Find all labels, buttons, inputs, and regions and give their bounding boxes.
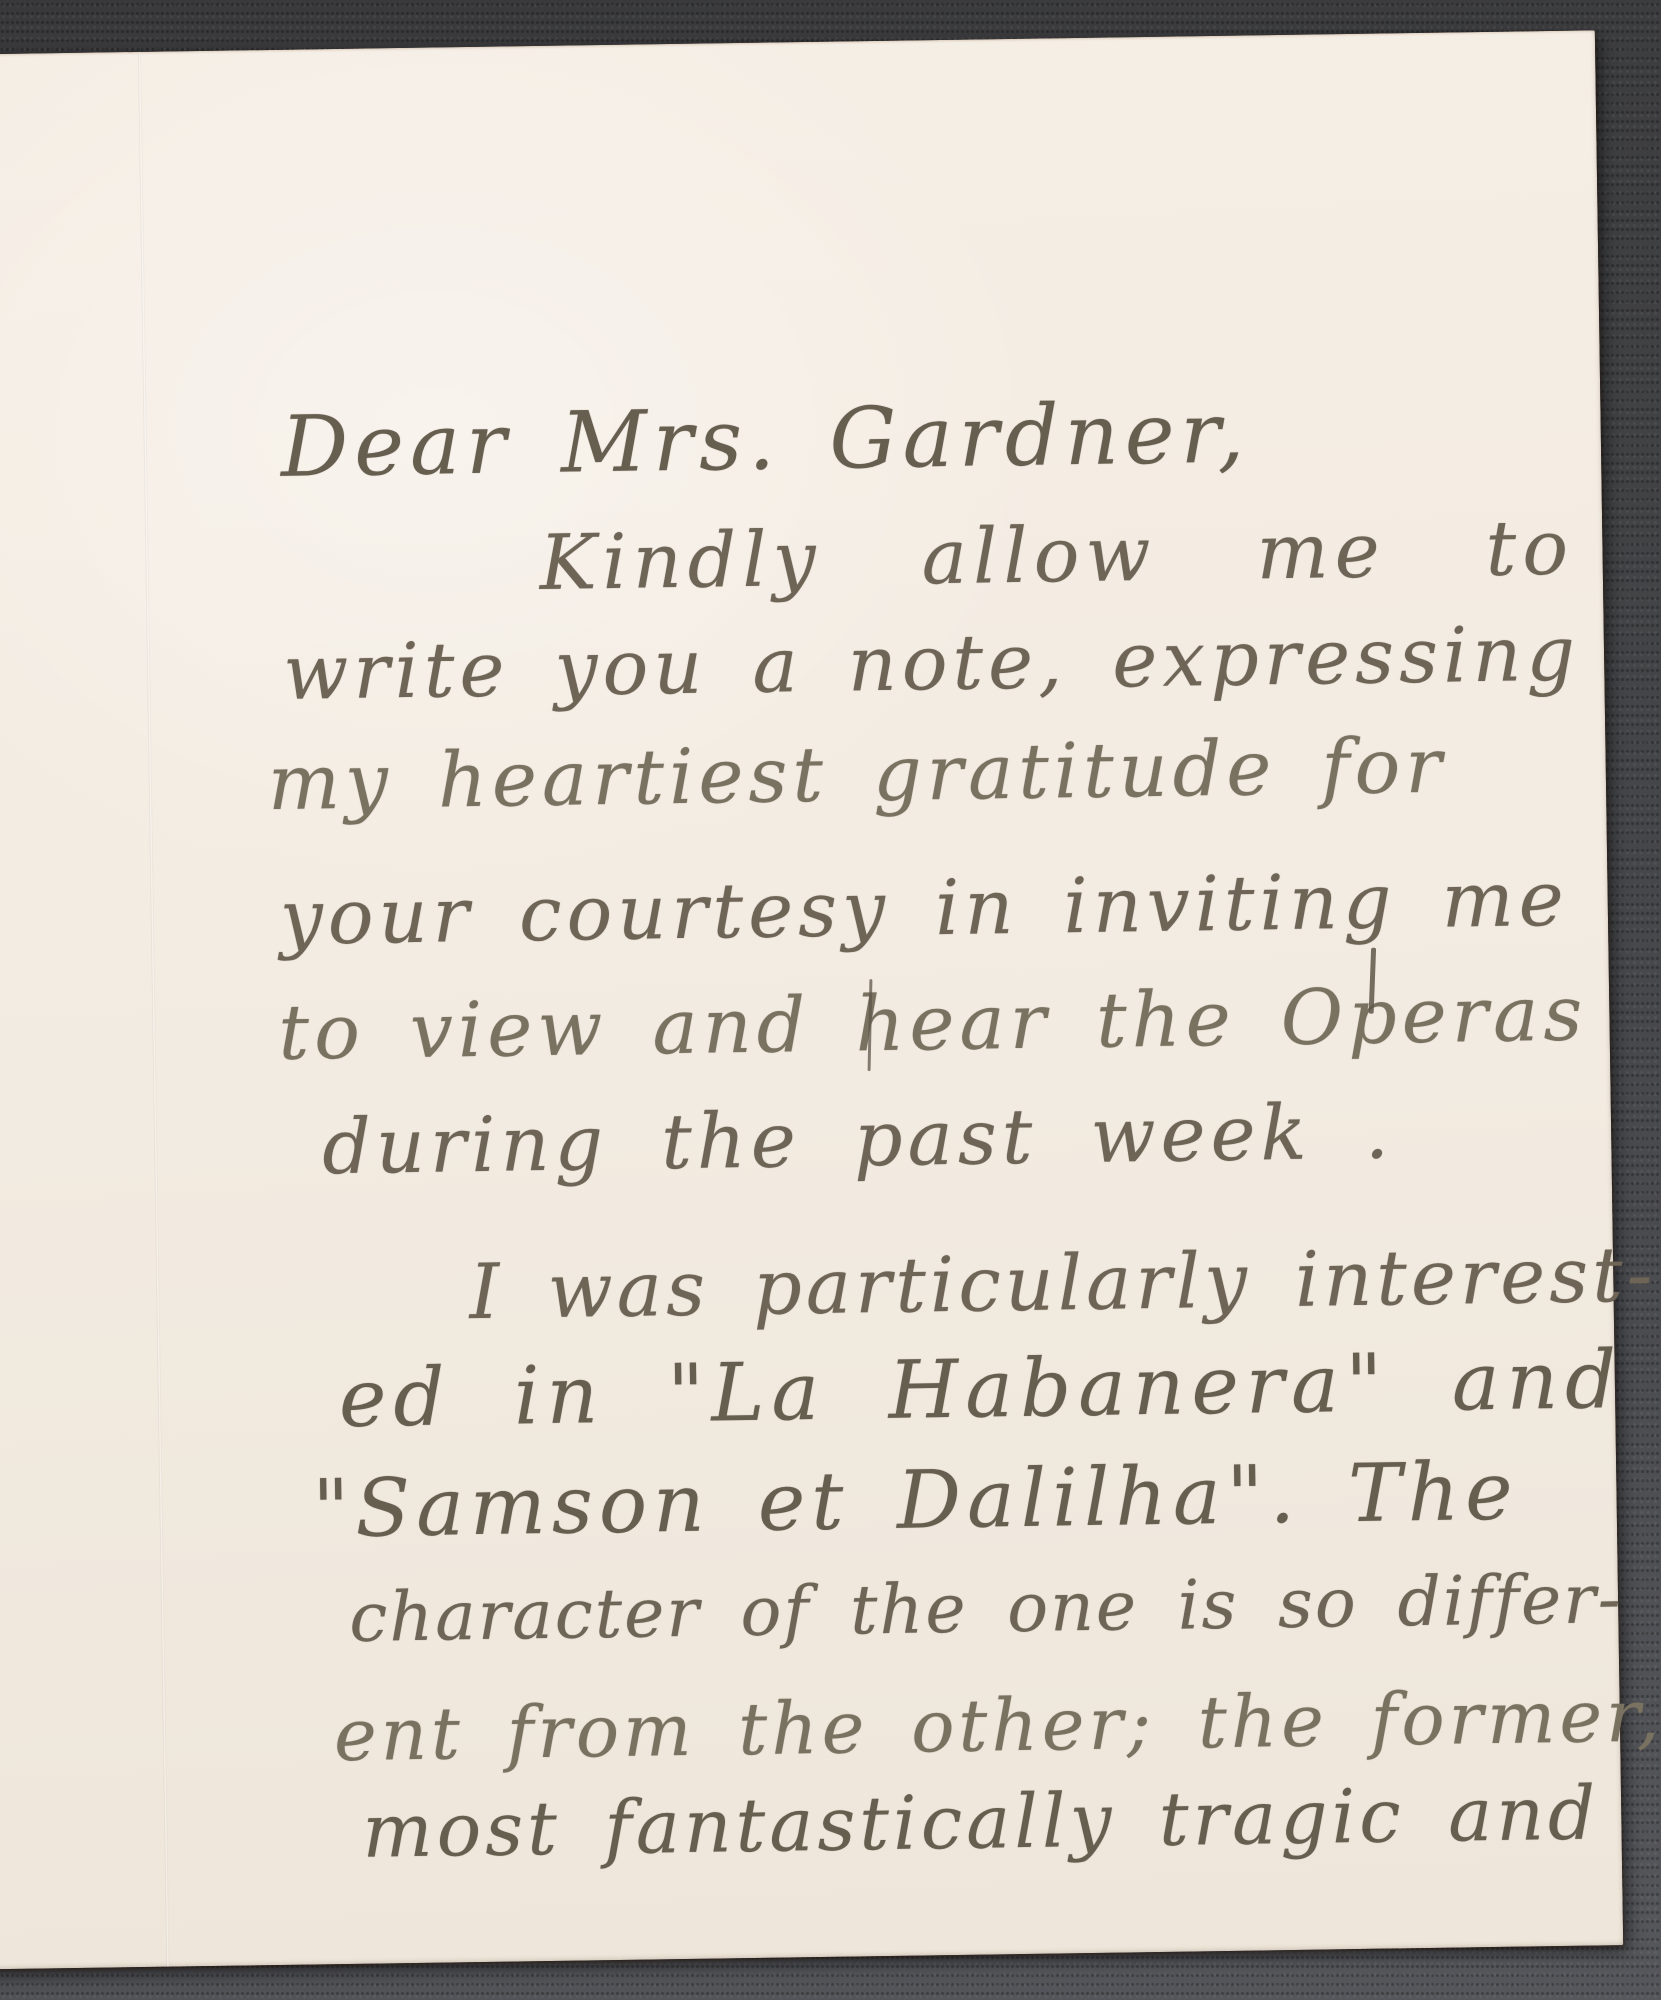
- handwritten-line-8: I was particularly interest-: [469, 1237, 1657, 1331]
- handwritten-line-9: ed in "La Habanera" and: [338, 1340, 1623, 1439]
- handwritten-line-4: my heartiest gratitude for: [267, 728, 1447, 821]
- handwritten-line-11: character of the one is so differ-: [349, 1566, 1623, 1653]
- handwritten-line-6: to view and hear the Operas: [278, 976, 1588, 1071]
- handwritten-line-2: Kindly allow me to: [539, 510, 1574, 601]
- handwritten-line-10: "Samson et Dalilha". The: [312, 1452, 1519, 1550]
- letter-paper: Dear Mrs. Gardner, Kindly allow me to wr…: [0, 30, 1623, 1969]
- handwritten-line-3: write you a note, expressing: [283, 616, 1581, 711]
- fold-crease: [138, 52, 169, 1967]
- handwritten-line-5: your courtesy in inviting me: [279, 861, 1569, 956]
- handwritten-line-12: ent from the other; the former,: [333, 1679, 1661, 1771]
- scanned-letter-photo: Dear Mrs. Gardner, Kindly allow me to wr…: [0, 0, 1661, 2000]
- handwritten-line-13: most fantastically tragic and: [362, 1776, 1600, 1868]
- handwritten-line-7: during the past week .: [322, 1093, 1395, 1185]
- handwritten-line-1: Dear Mrs. Gardner,: [280, 390, 1250, 488]
